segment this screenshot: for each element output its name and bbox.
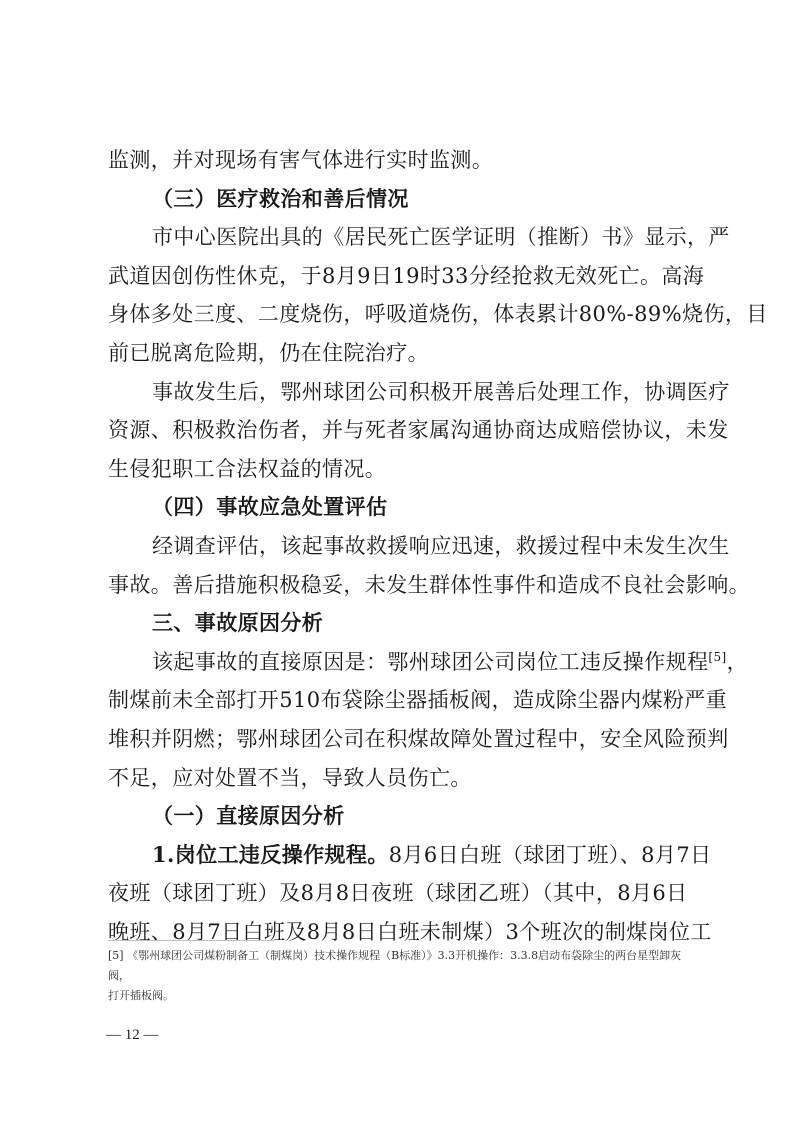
line-text: 该起事故的直接原因是：鄂州球团公司岗位工违反操作规程 <box>152 650 708 674</box>
paragraph-line: 生侵犯职工合法权益的情况。 <box>108 450 694 489</box>
document-body: 监测，并对现场有害气体进行实时监测。 （三）医疗救治和善后情况 市中心医院出具的… <box>108 141 694 951</box>
chapter-heading-cause-analysis: 三、事故原因分析 <box>108 604 694 643</box>
footnote-line: [5] 《鄂州球团公司煤粉制备工（制煤岗）技术操作规程（B标准）》3.3开机操作… <box>108 946 694 986</box>
paragraph-line: 不足，应对处置不当，导致人员伤亡。 <box>108 759 694 798</box>
section-heading-direct-cause: （一）直接原因分析 <box>108 797 694 836</box>
paragraph-line: 制煤前未全部打开510布袋除尘器插板阀，造成除尘器内煤粉严重 <box>108 681 694 720</box>
paragraph-line: 堆积并阴燃；鄂州球团公司在积煤故障处置过程中，安全风险预判 <box>108 720 694 759</box>
paragraph-line: 事故发生后，鄂州球团公司积极开展善后处理工作，协调医疗 <box>108 373 694 412</box>
footnote-line: 打开插板阀。 <box>108 986 694 1006</box>
footnote-separator <box>108 940 274 941</box>
section-heading-medical: （三）医疗救治和善后情况 <box>108 180 694 219</box>
section-heading-emergency-evaluation: （四）事故应急处置评估 <box>108 488 694 527</box>
page-number: — 12 — <box>106 1027 159 1044</box>
paragraph-line: 经调查评估，该起事故救援响应迅速，救援过程中未发生次生 <box>108 527 694 566</box>
paragraph-line: 资源、积极救治伤者，并与死者家属沟通协商达成赔偿协议，未发 <box>108 411 694 450</box>
paragraph-line: 武道因创伤性休克，于8月9日19时33分经抢救无效死亡。高海 <box>108 257 694 296</box>
paragraph-line-numbered: 1.岗位工违反操作规程。8月6日白班（球团丁班）、8月7日 <box>108 836 694 875</box>
paragraph-line: 身体多处三度、二度烧伤，呼吸道烧伤，体表累计80%-89%烧伤，目 <box>108 295 694 334</box>
paragraph-line-with-footnote: 该起事故的直接原因是：鄂州球团公司岗位工违反操作规程[5]， <box>108 643 694 682</box>
line-text: 8月6日白班（球团丁班）、8月7日 <box>389 843 712 867</box>
paragraph-line: 前已脱离危险期，仍在住院治疗。 <box>108 334 694 373</box>
paragraph-line: 监测，并对现场有害气体进行实时监测。 <box>108 141 694 180</box>
numbered-lead: 1.岗位工违反操作规程。 <box>152 842 389 867</box>
footnote-ref[interactable]: [5] <box>708 650 726 664</box>
paragraph-line: 市中心医院出具的《居民死亡医学证明（推断）书》显示，严 <box>108 218 694 257</box>
line-punct: ， <box>727 650 748 674</box>
footnotes: [5] 《鄂州球团公司煤粉制备工（制煤岗）技术操作规程（B标准）》3.3开机操作… <box>108 946 694 1006</box>
paragraph-line: 夜班（球团丁班）及8月8日夜班（球团乙班）（其中，8月6日 <box>108 874 694 913</box>
paragraph-line: 事故。善后措施积极稳妥，未发生群体性事件和造成不良社会影响。 <box>108 566 694 605</box>
